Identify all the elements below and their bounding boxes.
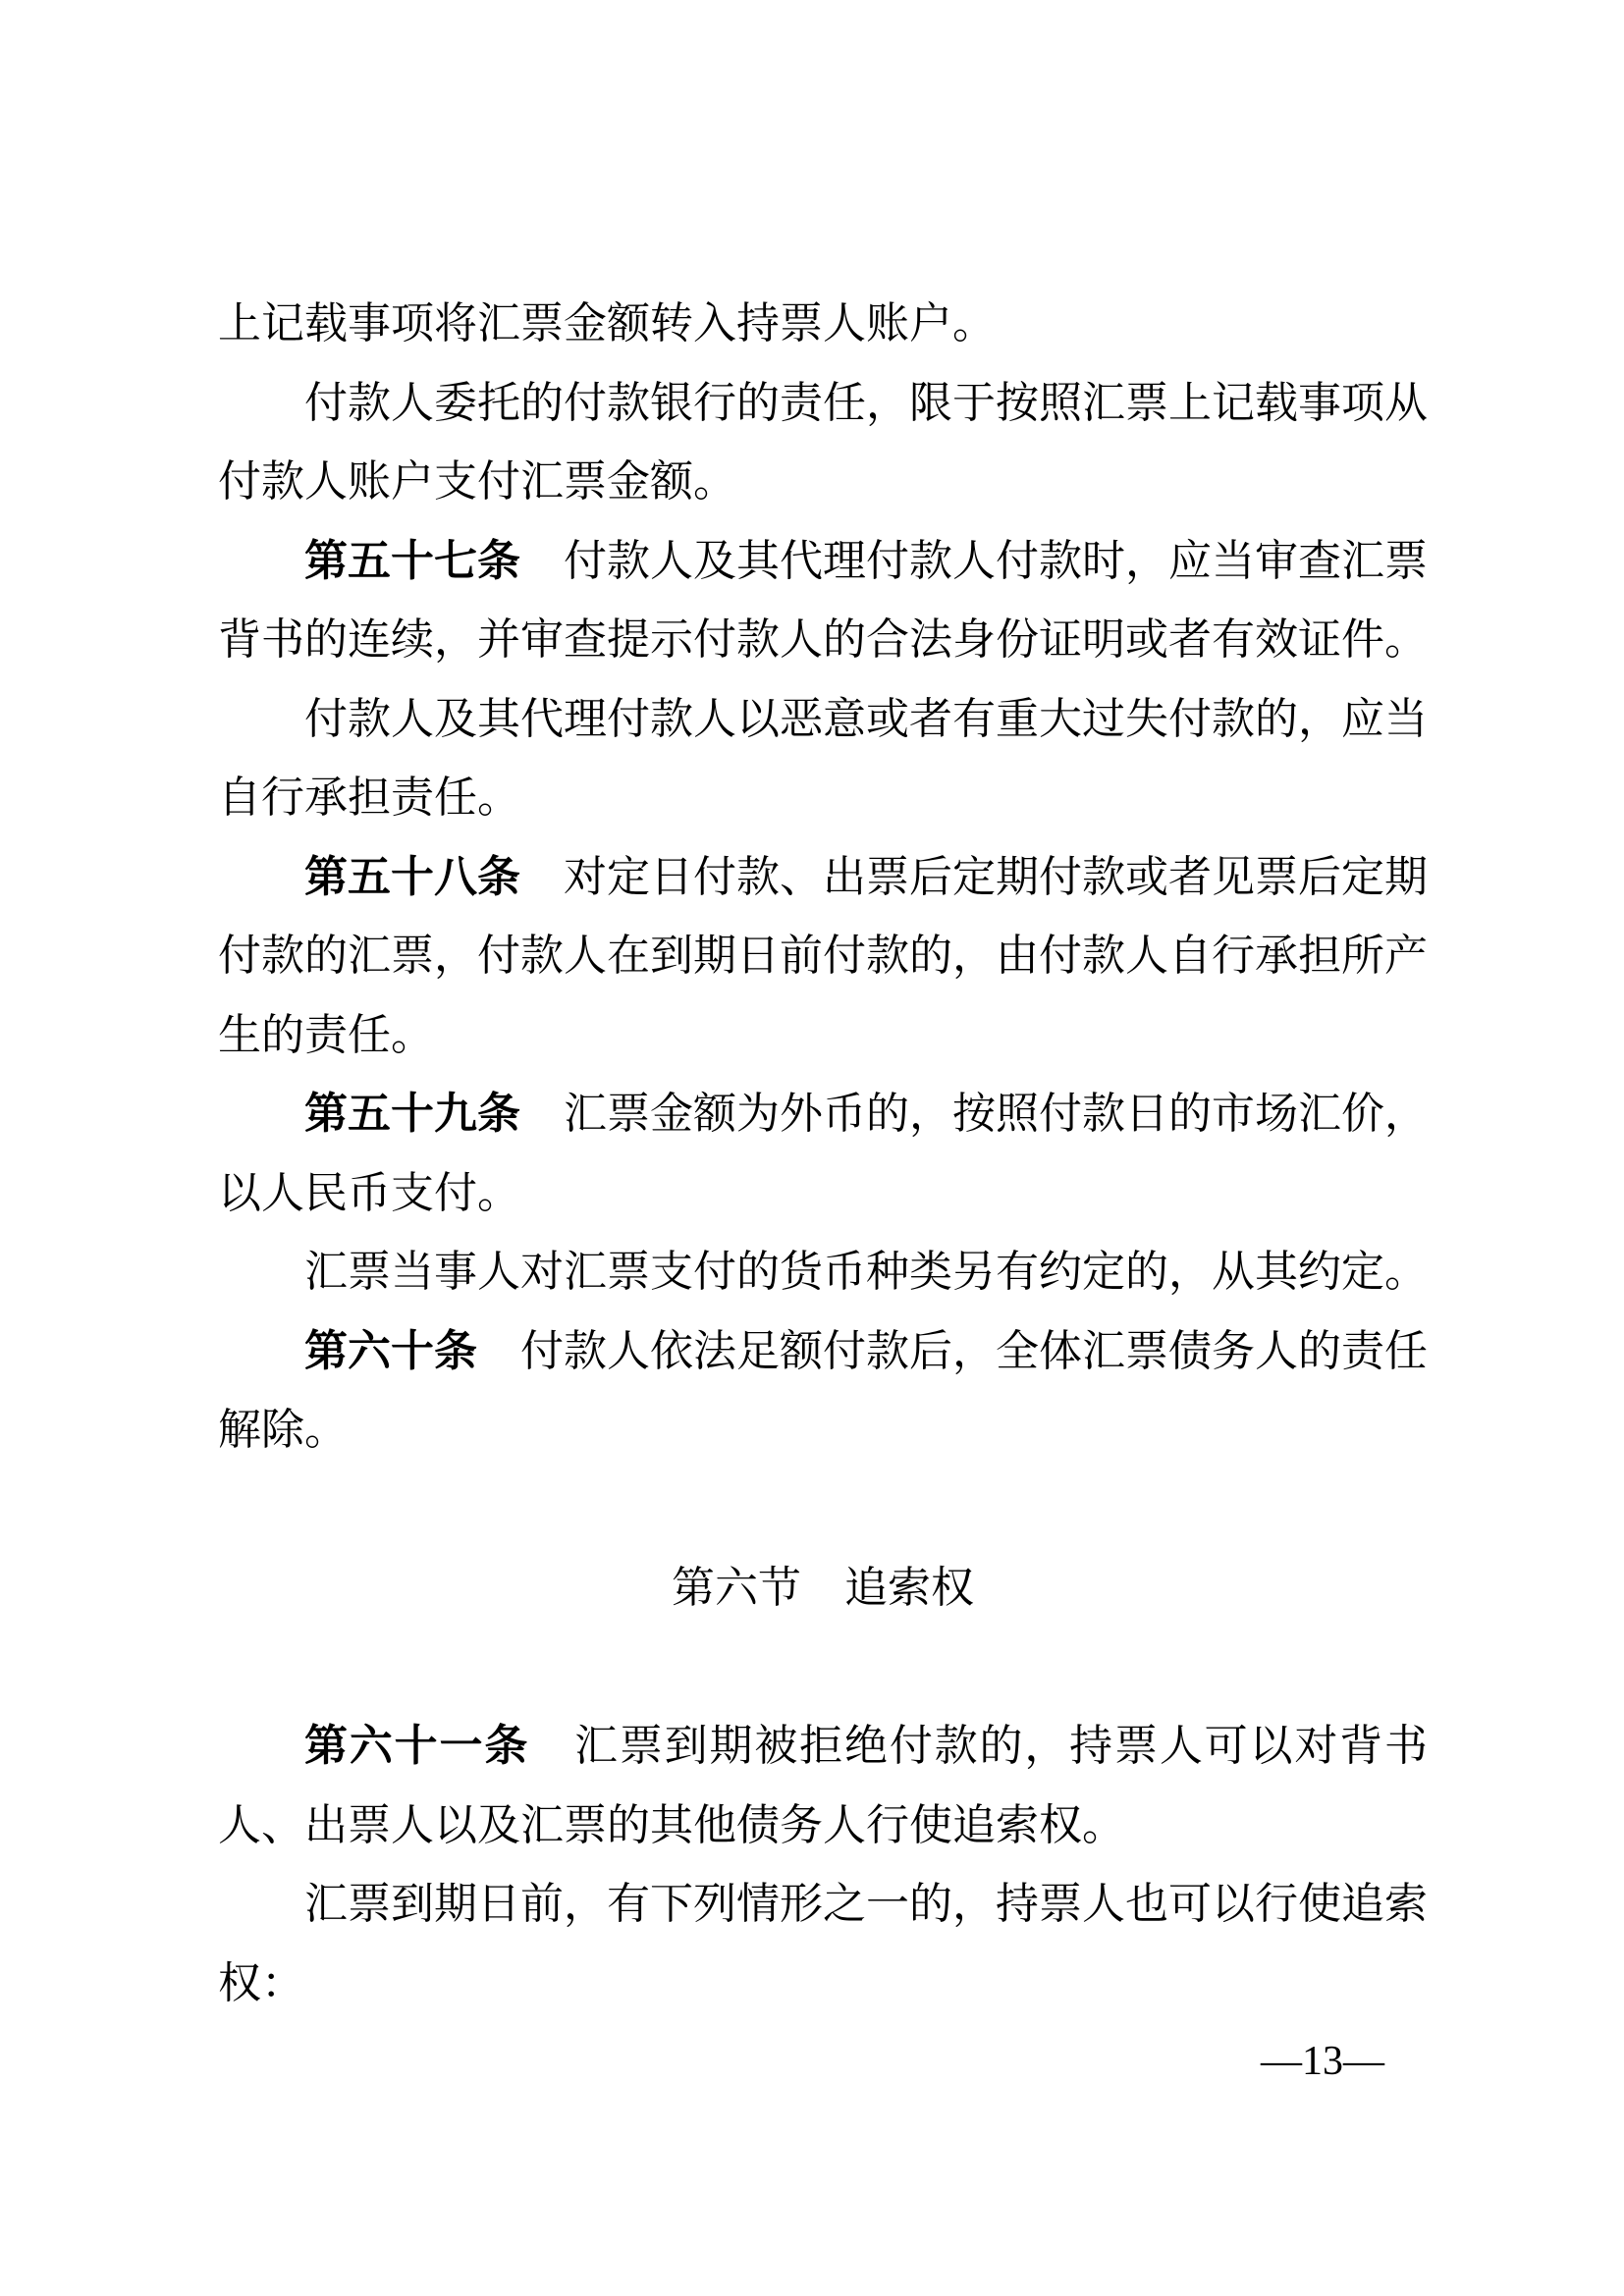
article-paragraph: 第五十七条 付款人及其代理付款人付款时，应当审查汇票背书的连续，并审查提示付款人… [218,522,1428,680]
article-number: 第五十八条 [304,853,520,901]
article-number: 第六十条 [304,1327,477,1375]
paragraph-text: 汇票到期日前，有下列情形之一的，持票人也可以行使追索权： [218,1880,1428,2007]
section-heading: 第六节 追索权 [218,1549,1428,1629]
article-number: 第六十一条 [304,1722,529,1770]
article-separator [529,1722,574,1770]
article-number: 第五十九条 [304,1090,520,1138]
article-number: 第五十七条 [304,537,520,585]
article-separator [477,1327,520,1375]
page-number: —13— [1261,2034,1384,2089]
article-separator [520,853,564,901]
document-page: 上记载事项将汇票金额转入持票人账户。 付款人委托的付款银行的责任，限于按照汇票上… [0,0,1624,2296]
paragraph: 付款人委托的付款银行的责任，限于按照汇票上记载事项从付款人账户支付汇票金额。 [218,364,1428,522]
article-paragraph: 第五十八条 对定日付款、出票后定期付款或者见票后定期付款的汇票，付款人在到期日前… [218,838,1428,1076]
paragraph-text: 付款人委托的付款银行的责任，限于按照汇票上记载事项从付款人账户支付汇票金额。 [218,379,1428,507]
section-heading-text: 第六节 追索权 [672,1564,974,1612]
article-paragraph: 第六十条 付款人依法足额付款后，全体汇票债务人的责任解除。 [218,1312,1428,1470]
paragraph: 汇票当事人对汇票支付的货币种类另有约定的，从其约定。 [218,1233,1428,1312]
article-separator [520,537,564,585]
paragraph-text: 上记载事项将汇票金额转入持票人账户。 [218,299,996,347]
paragraph-continuation: 上记载事项将汇票金额转入持票人账户。 [218,285,1428,364]
paragraph-text: 付款人及其代理付款人以恶意或者有重大过失付款的，应当自行承担责任。 [218,695,1428,823]
article-paragraph: 第五十九条 汇票金额为外币的，按照付款日的市场汇价，以人民币支付。 [218,1075,1428,1233]
paragraph-text: 汇票当事人对汇票支付的货币种类另有约定的，从其约定。 [304,1248,1428,1296]
law-text-block: 上记载事项将汇票金额转入持票人账户。 付款人委托的付款银行的责任，限于按照汇票上… [218,285,1428,2023]
article-paragraph: 第六十一条 汇票到期被拒绝付款的，持票人可以对背书人、出票人以及汇票的其他债务人… [218,1707,1428,1865]
paragraph: 汇票到期日前，有下列情形之一的，持票人也可以行使追索权： [218,1865,1428,2023]
paragraph: 付款人及其代理付款人以恶意或者有重大过失付款的，应当自行承担责任。 [218,680,1428,838]
article-separator [520,1090,564,1138]
